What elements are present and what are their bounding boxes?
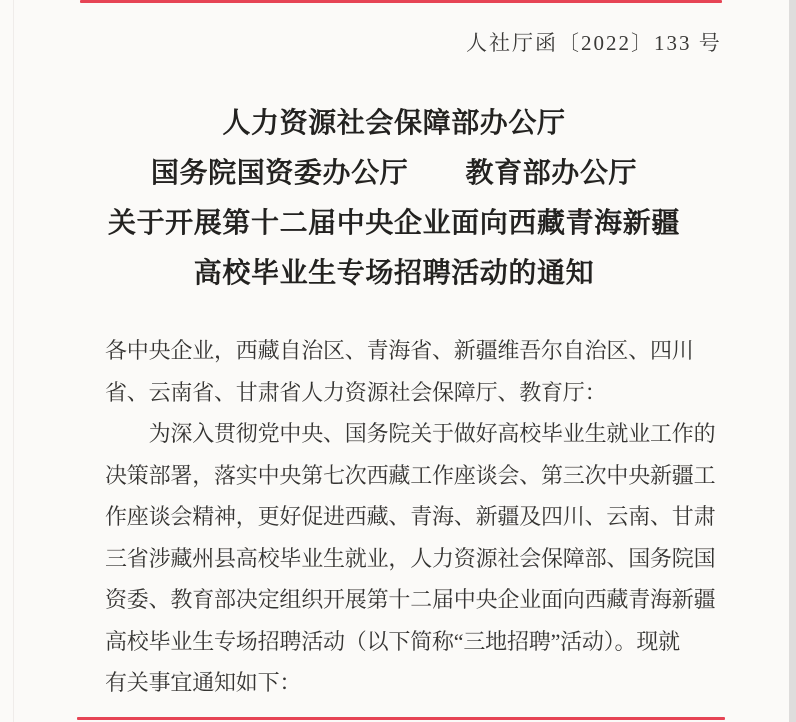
scan-crease-left: [13, 0, 14, 722]
paragraph-line: 高校毕业生专场招聘活动（以下简称“三地招聘”活动）。现就: [105, 621, 699, 663]
title-line-issuer-2: 国务院国资委办公厅 教育部办公厅: [0, 149, 788, 199]
letterhead-red-rule-bottom: [77, 717, 725, 720]
scanned-document-page: 人社厅函〔2022〕133 号 人力资源社会保障部办公厅 国务院国资委办公厅 教…: [0, 0, 796, 722]
paragraph-line: 有关事宜通知如下：: [105, 662, 699, 704]
paragraph-line: 作座谈会精神，更好促进西藏、青海、新疆及四川、云南、甘肃: [105, 496, 699, 538]
paragraph-line: 为深入贯彻党中央、国务院关于做好高校毕业生就业工作的: [105, 413, 699, 455]
salutation-line: 各中央企业，西藏自治区、青海省、新疆维吾尔自治区、四川: [105, 330, 699, 372]
title-line-issuer-1: 人力资源社会保障部办公厅: [0, 99, 788, 149]
title-line-subject-1: 关于开展第十二届中央企业面向西藏青海新疆: [0, 199, 788, 249]
salutation-line: 省、云南省、甘肃省人力资源社会保障厅、教育厅：: [105, 372, 699, 414]
document-title: 人力资源社会保障部办公厅 国务院国资委办公厅 教育部办公厅 关于开展第十二届中央…: [0, 99, 788, 299]
document-body: 各中央企业，西藏自治区、青海省、新疆维吾尔自治区、四川 省、云南省、甘肃省人力资…: [105, 330, 699, 704]
scan-edge-right: [789, 0, 796, 722]
paragraph-line: 资委、教育部决定组织开展第十二届中央企业面向西藏青海新疆: [105, 579, 699, 621]
letterhead-red-rule-top: [80, 0, 722, 3]
paragraph-line: 决策部署，落实中央第七次西藏工作座谈会、第三次中央新疆工: [105, 455, 699, 497]
title-line-subject-2: 高校毕业生专场招聘活动的通知: [0, 249, 788, 299]
paragraph-line: 三省涉藏州县高校毕业生就业，人力资源社会保障部、国务院国: [105, 538, 699, 580]
document-reference-number: 人社厅函〔2022〕133 号: [466, 28, 722, 58]
